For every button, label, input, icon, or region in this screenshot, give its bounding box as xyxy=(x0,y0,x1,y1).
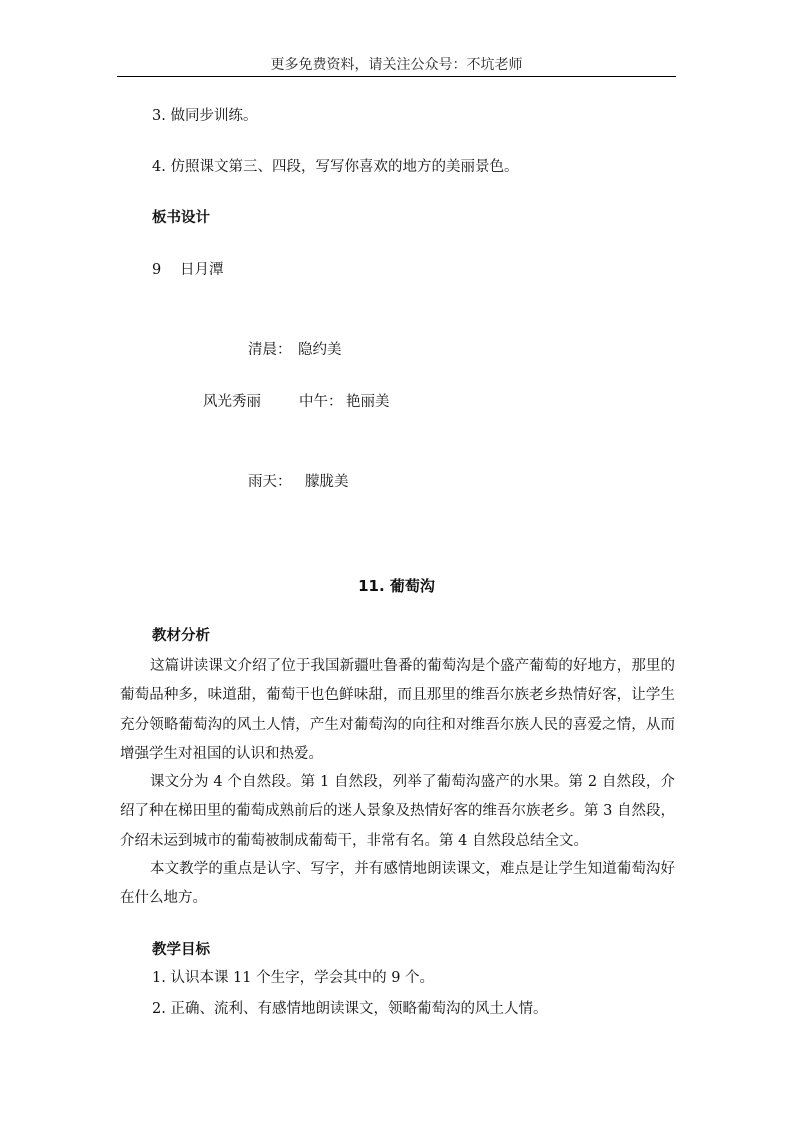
branch-feature: 隐约美 xyxy=(298,340,342,360)
lesson-number: 9 xyxy=(152,260,161,280)
branch-time: 中午： xyxy=(299,392,343,412)
header-divider xyxy=(117,76,676,77)
branch-time: 清晨： xyxy=(248,340,292,360)
lesson-title: 日月潭 xyxy=(180,260,224,280)
branch-feature: 朦胧美 xyxy=(305,472,349,492)
section-heading: 教材分析 xyxy=(152,626,210,646)
list-item: 3. 做同步训练。 xyxy=(152,106,257,126)
branch-feature: 艳丽美 xyxy=(346,392,390,412)
list-item: 2. 正确、流利、有感情地朗读课文，领略葡萄沟的风土人情。 xyxy=(152,999,547,1019)
header-text: 更多免费资料，请关注公众号：不坑老师 xyxy=(0,54,793,74)
list-item: 1. 认识本课 11 个生字，学会其中的 9 个。 xyxy=(152,968,434,988)
section-heading: 教学目标 xyxy=(152,940,210,960)
section-heading: 板书设计 xyxy=(152,208,210,228)
paragraph: 课文分为 4 个自然段。第 1 自然段，列举了葡萄沟盛产的水果。第 2 自然段，… xyxy=(120,768,675,856)
branch-time: 雨天： xyxy=(248,472,292,492)
center-label: 风光秀丽 xyxy=(203,392,261,412)
paragraph: 本文教学的重点是认字、写字，并有感情地朗读课文，难点是让学生知道葡萄沟好在什么地… xyxy=(120,855,675,914)
lesson-title-heading: 11. 葡萄沟 xyxy=(0,575,793,596)
list-item: 4. 仿照课文第三、四段，写写你喜欢的地方的美丽景色。 xyxy=(152,157,518,177)
paragraph: 这篇讲读课文介绍了位于我国新疆吐鲁番的葡萄沟是个盛产葡萄的好地方，那里的葡萄品种… xyxy=(120,652,675,769)
